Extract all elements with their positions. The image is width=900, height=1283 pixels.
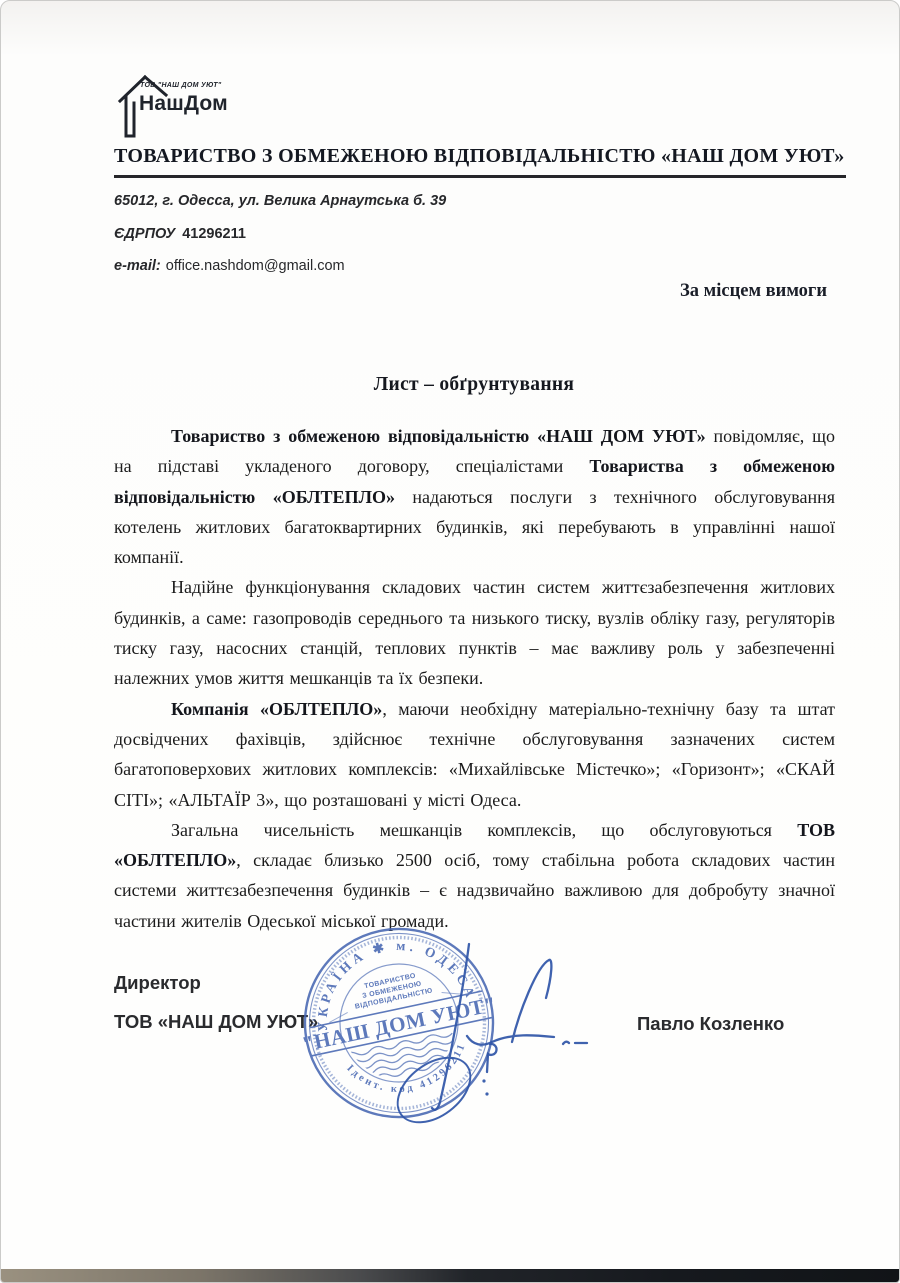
recipient-line: За місцем вимоги <box>680 281 827 302</box>
logo-brand: НашДом <box>139 92 228 116</box>
email-label: e-mail: <box>114 258 161 274</box>
pen-signature <box>386 944 587 1135</box>
paragraph-2: Надійне функціонування складових частин … <box>114 572 835 693</box>
signee-name: Павло Козленко <box>637 1013 784 1035</box>
edrpou-row: ЄДРПОУ41296211 <box>114 226 846 242</box>
letter-title: Лист – обґрунтування <box>114 374 834 396</box>
letter-body: Товариство з обмеженою відповідальністю … <box>114 421 835 936</box>
scan-bottom-edge <box>1 1269 899 1282</box>
edrpou-label: ЄДРПОУ <box>114 226 175 242</box>
logo-small-text: ТОВ "НАШ ДОМ УЮТ" <box>140 82 222 89</box>
company-logo: ТОВ "НАШ ДОМ УЮТ" НашДом <box>114 73 344 139</box>
company-title: ТОВАРИСТВО З ОБМЕЖЕНОЮ ВІДПОВІДАЛЬНІСТЮ … <box>114 145 846 168</box>
company-address: 65012, г. Одесса, ул. Велика Арнаутська … <box>114 193 846 209</box>
header-rule <box>114 175 846 178</box>
scanned-letter-page: ТОВ "НАШ ДОМ УЮТ" НашДом ТОВАРИСТВО З ОБ… <box>0 0 900 1283</box>
email-row: e-mail:office.nashdom@gmail.com <box>114 258 846 274</box>
round-stamp: УКРАЇНА ✱ м. ОДЕСА Ідент. код 41296211 Т… <box>283 910 516 1135</box>
paragraph-3: Компанія «ОБЛТЕПЛО», маючи необхідну мат… <box>114 694 835 815</box>
stamp-and-signature-graphic: УКРАЇНА ✱ м. ОДЕСА Ідент. код 41296211 Т… <box>281 904 641 1164</box>
letterhead: ТОВАРИСТВО З ОБМЕЖЕНОЮ ВІДПОВІДАЛЬНІСТЮ … <box>114 145 846 274</box>
edrpou-value: 41296211 <box>182 226 246 242</box>
email-value: office.nashdom@gmail.com <box>166 258 345 274</box>
paragraph-1: Товариство з обмеженою відповідальністю … <box>114 421 835 572</box>
